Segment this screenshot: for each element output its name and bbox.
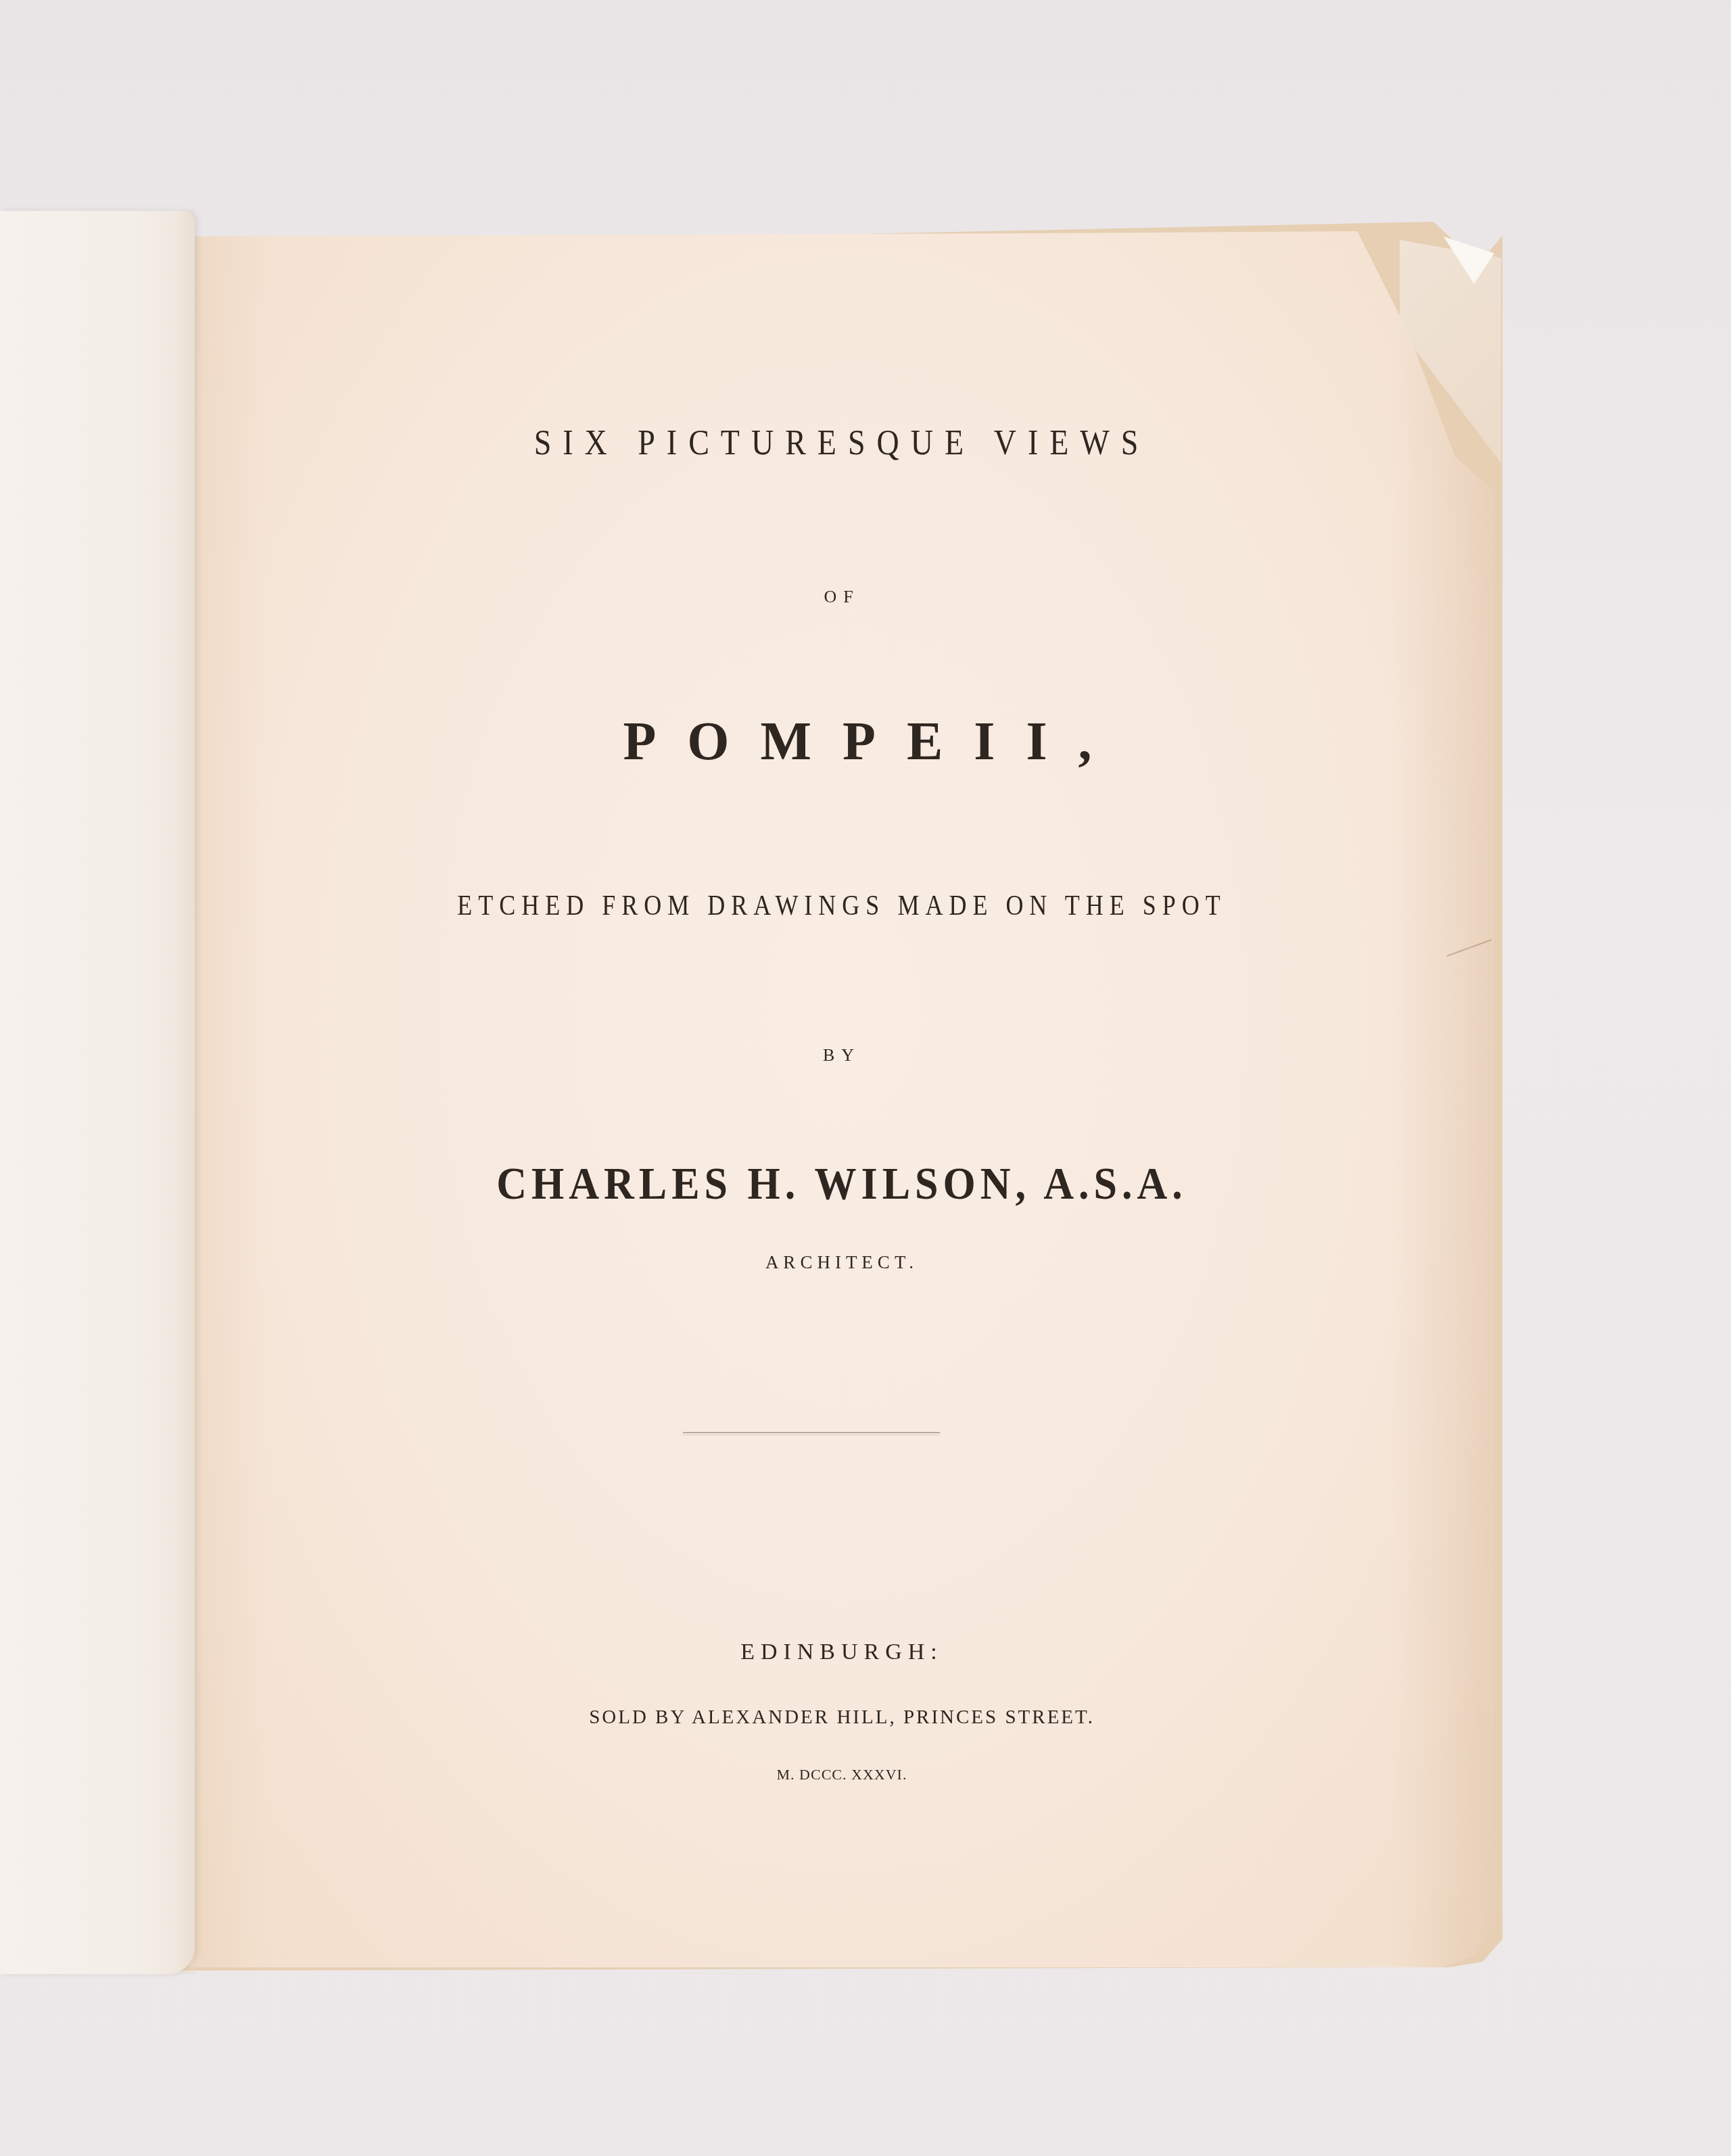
imprint-place: EDINBURGH: [189,1639,1494,1665]
imprint-seller: SOLD BY ALEXANDER HILL, PRINCES STREET. [189,1706,1494,1729]
by-line: BY [189,1045,1494,1065]
author-name: CHARLES H. WILSON, A.S.A. [189,1157,1494,1210]
subtitle: ETCHED FROM DRAWINGS MADE ON THE SPOT [189,888,1494,922]
title-line-of: OF [189,587,1494,607]
decorative-rule [683,1432,940,1433]
imprint-date: M. DCCC. XXXVI. [189,1766,1494,1783]
main-title: POMPEII, [189,711,1525,773]
left-flyleaf [0,211,195,1974]
author-role: ARCHITECT. [189,1252,1494,1273]
title-line-1: SIX PICTURESQUE VIEWS [189,422,1494,463]
